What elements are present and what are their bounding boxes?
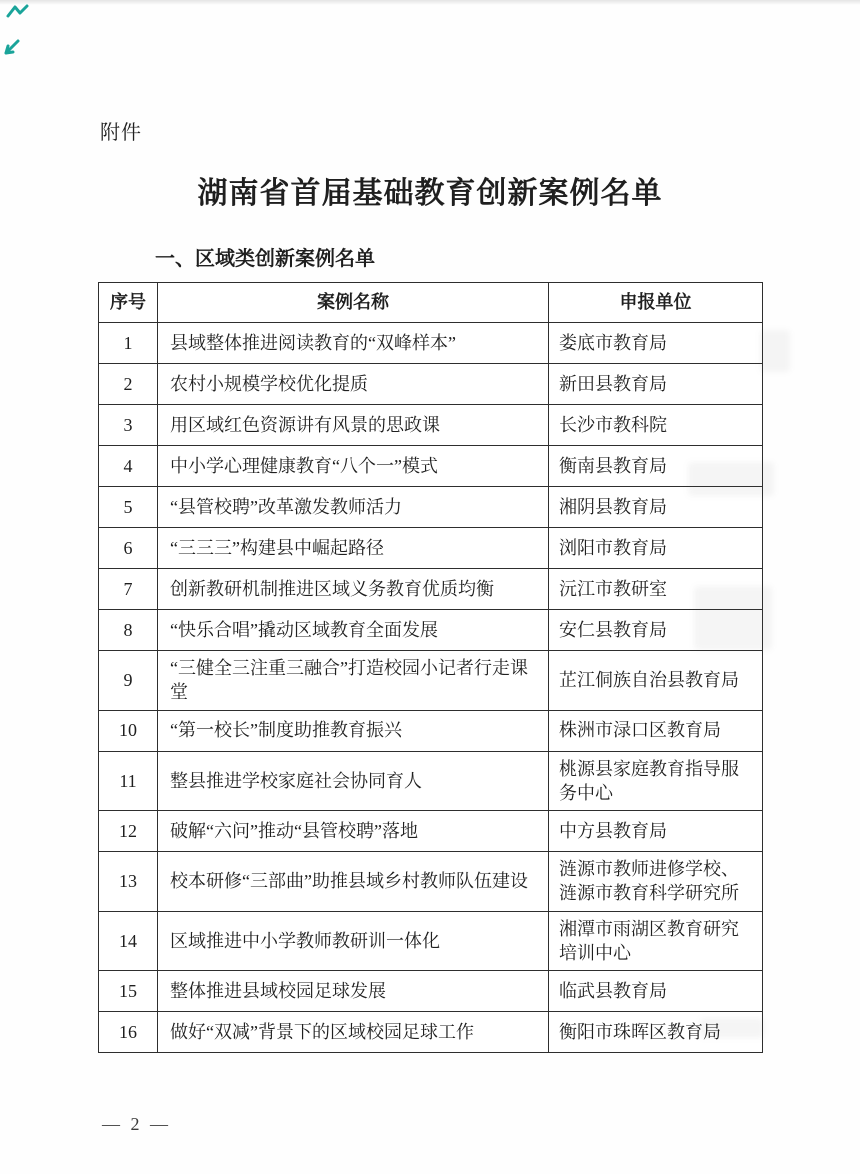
table-row: 16 做好“双减”背景下的区域校园足球工作 衡阳市珠晖区教育局 — [99, 1012, 763, 1053]
row-case-name: 做好“双减”背景下的区域校园足球工作 — [158, 1012, 549, 1053]
table-row: 6 “三三三”构建县中崛起路径 浏阳市教育局 — [99, 528, 763, 569]
row-case-name: “县管校聘”改革激发教师活力 — [158, 487, 549, 528]
row-case-name: 校本研修“三部曲”助推县域乡村教师队伍建设 — [158, 852, 549, 912]
row-number: 12 — [99, 811, 158, 852]
row-number: 9 — [99, 651, 158, 711]
row-number: 6 — [99, 528, 158, 569]
table-row: 10 “第一校长”制度助推教育振兴 株洲市渌口区教育局 — [99, 710, 763, 751]
table-row: 12 破解“六问”推动“县管校聘”落地 中方县教育局 — [99, 811, 763, 852]
row-unit-name: 新田县教育局 — [549, 364, 763, 405]
row-case-name: 农村小规模学校优化提质 — [158, 364, 549, 405]
row-number: 11 — [99, 751, 158, 811]
row-unit-name: 浏阳市教育局 — [549, 528, 763, 569]
row-number: 13 — [99, 852, 158, 912]
row-unit-name: 株洲市渌口区教育局 — [549, 710, 763, 751]
row-case-name: “三三三”构建县中崛起路径 — [158, 528, 549, 569]
row-case-name: 县域整体推进阅读教育的“双峰样本” — [158, 323, 549, 364]
row-number: 8 — [99, 610, 158, 651]
table-row: 13 校本研修“三部曲”助推县域乡村教师队伍建设 涟源市教师进修学校、涟源市教育… — [99, 852, 763, 912]
row-case-name: 整县推进学校家庭社会协同育人 — [158, 751, 549, 811]
section-heading: 一、区域类创新案例名单 — [155, 242, 375, 271]
row-number: 16 — [99, 1012, 158, 1053]
row-case-name: “三健全三注重三融合”打造校园小记者行走课堂 — [158, 651, 549, 711]
row-case-name: 区域推进中小学教师教研训一体化 — [158, 911, 549, 971]
teal-scan-mark-icon — [0, 38, 22, 63]
column-header-no: 序号 — [99, 283, 158, 323]
row-case-name: 用区域红色资源讲有风景的思政课 — [158, 405, 549, 446]
row-unit-name: 中方县教育局 — [549, 811, 763, 852]
table-row: 11 整县推进学校家庭社会协同育人 桃源县家庭教育指导服务中心 — [99, 751, 763, 811]
row-unit-name: 桃源县家庭教育指导服务中心 — [549, 751, 763, 811]
row-case-name: “快乐合唱”撬动区域教育全面发展 — [158, 610, 549, 651]
scan-edge-shadow — [0, 0, 860, 5]
teal-scan-mark-icon — [6, 3, 34, 28]
case-table: 序号 案例名称 申报单位 1 县域整体推进阅读教育的“双峰样本” 娄底市教育局 … — [98, 282, 763, 1053]
column-header-case: 案例名称 — [158, 283, 549, 323]
table-row: 9 “三健全三注重三融合”打造校园小记者行走课堂 芷江侗族自治县教育局 — [99, 651, 763, 711]
page-title: 湖南省首届基础教育创新案例名单 — [0, 168, 860, 212]
row-number: 10 — [99, 710, 158, 751]
table-body: 1 县域整体推进阅读教育的“双峰样本” 娄底市教育局 2 农村小规模学校优化提质… — [99, 323, 763, 1053]
row-number: 1 — [99, 323, 158, 364]
scan-smudge — [694, 586, 772, 650]
attachment-label: 附件 — [100, 116, 142, 145]
row-case-name: 中小学心理健康教育“八个一”模式 — [158, 446, 549, 487]
row-unit-name: 临武县教育局 — [549, 971, 763, 1012]
row-number: 5 — [99, 487, 158, 528]
row-unit-name: 长沙市教科院 — [549, 405, 763, 446]
scan-smudge — [688, 462, 774, 496]
scanned-document-page: 附件 湖南省首届基础教育创新案例名单 一、区域类创新案例名单 序号 案例名称 申… — [0, 0, 860, 1174]
table-row: 8 “快乐合唱”撬动区域教育全面发展 安仁县教育局 — [99, 610, 763, 651]
row-unit-name: 芷江侗族自治县教育局 — [549, 651, 763, 711]
row-unit-name: 涟源市教师进修学校、涟源市教育科学研究所 — [549, 852, 763, 912]
table-row: 1 县域整体推进阅读教育的“双峰样本” 娄底市教育局 — [99, 323, 763, 364]
table-row: 5 “县管校聘”改革激发教师活力 湘阴县教育局 — [99, 487, 763, 528]
table-header-row: 序号 案例名称 申报单位 — [99, 283, 763, 323]
table-row: 4 中小学心理健康教育“八个一”模式 衡南县教育局 — [99, 446, 763, 487]
row-case-name: 创新教研机制推进区域义务教育优质均衡 — [158, 569, 549, 610]
table-row: 3 用区域红色资源讲有风景的思政课 长沙市教科院 — [99, 405, 763, 446]
page-number: — 2 — — [102, 1114, 171, 1135]
row-case-name: 整体推进县域校园足球发展 — [158, 971, 549, 1012]
table-row: 7 创新教研机制推进区域义务教育优质均衡 沅江市教研室 — [99, 569, 763, 610]
column-header-unit: 申报单位 — [549, 283, 763, 323]
row-number: 4 — [99, 446, 158, 487]
table-row: 14 区域推进中小学教师教研训一体化 湘潭市雨湖区教育研究培训中心 — [99, 911, 763, 971]
table-row: 15 整体推进县域校园足球发展 临武县教育局 — [99, 971, 763, 1012]
row-number: 3 — [99, 405, 158, 446]
scan-smudge — [700, 1018, 764, 1038]
row-case-name: “第一校长”制度助推教育振兴 — [158, 710, 549, 751]
row-case-name: 破解“六问”推动“县管校聘”落地 — [158, 811, 549, 852]
row-number: 14 — [99, 911, 158, 971]
scan-smudge — [760, 330, 790, 372]
row-number: 2 — [99, 364, 158, 405]
row-number: 15 — [99, 971, 158, 1012]
row-unit-name: 湘潭市雨湖区教育研究培训中心 — [549, 911, 763, 971]
table-row: 2 农村小规模学校优化提质 新田县教育局 — [99, 364, 763, 405]
row-number: 7 — [99, 569, 158, 610]
row-unit-name: 娄底市教育局 — [549, 323, 763, 364]
